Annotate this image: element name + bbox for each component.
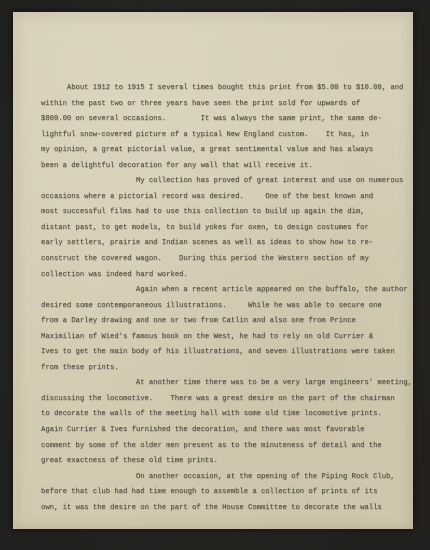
document-page: About 1912 to 1915 I several times bough… xyxy=(13,12,413,529)
text-line: from these prints. xyxy=(41,361,412,377)
text-line: lightful snow-covered picture of a typic… xyxy=(41,128,412,144)
text-line: Maximilian of Wied's famous book on the … xyxy=(41,330,412,346)
text-line: before that club had had time enough to … xyxy=(41,485,412,501)
text-line: distant past, to get models, to build yo… xyxy=(41,221,412,237)
text-line: comment by some of the older men present… xyxy=(41,439,412,455)
text-line: collection was indeed hard worked. xyxy=(41,268,412,284)
text-line: been a delightful decoration for any wal… xyxy=(41,159,412,175)
document-text-block: About 1912 to 1915 I several times bough… xyxy=(41,81,412,516)
text-line: my opinion, a great pictorial value, a g… xyxy=(41,143,412,159)
text-line: $800.00 on several occasions. It was alw… xyxy=(41,112,412,128)
text-line: My collection has proved of great intere… xyxy=(41,174,412,190)
text-line: to decorate the walls of the meeting hal… xyxy=(41,407,412,423)
text-line: At another time there was to be a very l… xyxy=(41,376,412,392)
text-line: great exactness of these old time prints… xyxy=(41,454,412,470)
text-line: most successful films had to use this co… xyxy=(41,205,412,221)
text-line: Again Currier & Ives furnished the decor… xyxy=(41,423,412,439)
text-line: discussing the locomotive. There was a g… xyxy=(41,392,412,408)
text-line: occasions where a pictorial record was d… xyxy=(41,190,412,206)
text-line: construct the covered wagon. During this… xyxy=(41,252,412,268)
text-line: On another occasion, at the opening of t… xyxy=(41,470,412,486)
text-line: About 1912 to 1915 I several times bough… xyxy=(41,81,412,97)
text-line: own, it was the desire on the part of th… xyxy=(41,501,412,517)
text-line: desired some contemporaneous illustratio… xyxy=(41,299,412,315)
text-line: Again when a recent article appeared on … xyxy=(41,283,412,299)
text-line: within the past two or three years have … xyxy=(41,97,412,113)
scan-backdrop: About 1912 to 1915 I several times bough… xyxy=(0,0,430,550)
text-line: from a Darley drawing and one or two fro… xyxy=(41,314,412,330)
text-line: early settlers, prairie and Indian scene… xyxy=(41,236,412,252)
text-line: Ives to get the main body of his illustr… xyxy=(41,345,412,361)
